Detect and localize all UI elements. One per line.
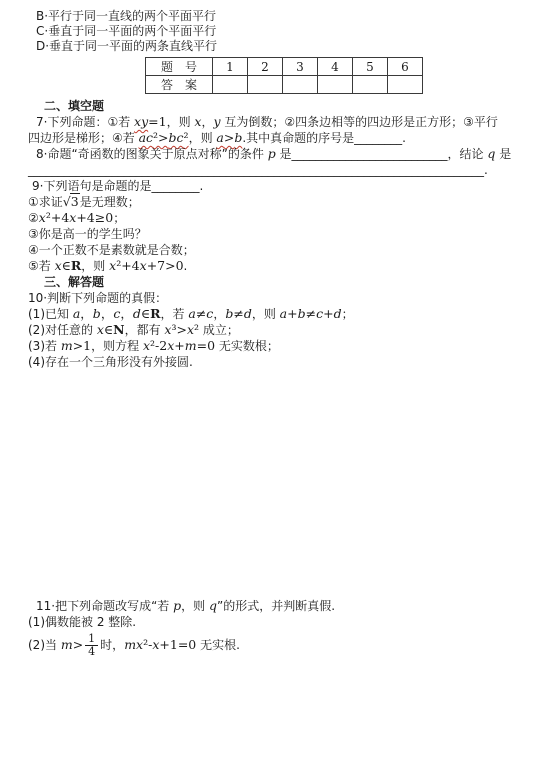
text-segment: ，则 xyxy=(189,131,217,145)
q9-item-3: ③你是高一的学生吗？ xyxy=(28,226,537,242)
formula-segment: a，b，c，d∈ xyxy=(73,306,150,321)
text-segment: (3)若 xyxy=(28,339,61,353)
text-segment: ④一个正数不是素数就是合数； xyxy=(28,243,195,257)
question-number-cell: 5 xyxy=(353,58,388,76)
q9-item-2: ②x²+4x+4≥0； xyxy=(28,210,537,226)
section-heading-fill-blanks: 二、填空题 xyxy=(28,98,537,114)
text-segment: 是无理数； xyxy=(80,195,140,209)
formula-segment: q xyxy=(209,598,217,613)
formula-segment: x³>x² xyxy=(164,322,199,337)
text-segment: . xyxy=(184,259,188,273)
formula-segment: y xyxy=(214,114,221,129)
text-segment: B·平行于同一直线的两个平面平行 xyxy=(36,9,216,23)
option-b: B·平行于同一直线的两个平面平行 xyxy=(28,9,537,24)
text-segment: ，则 xyxy=(81,259,109,273)
q9-line: 9·下列语句是命题的是________. xyxy=(28,178,537,194)
text-segment: 时， xyxy=(100,638,124,652)
formula-segment: =1 xyxy=(148,114,166,129)
text-segment: .其中真命题的序号是________. xyxy=(242,131,406,145)
text-segment: ； xyxy=(342,307,354,321)
answer-cell xyxy=(388,76,423,94)
option-d: D·垂直于同一平面的两条直线平行 xyxy=(28,39,537,54)
q10-item-3: (3)若 m>1，则方程 x²-2x+m=0 无实数根； xyxy=(28,338,537,354)
sqrt-argument: 3 xyxy=(70,193,80,209)
question-number-cell: 4 xyxy=(318,58,353,76)
q10-item-1: (1)已知 a，b，c，d∈R，若 a≠c，b≠d，则 a+b≠c+d； xyxy=(28,306,537,322)
questions-block: 二、填空题7·下列命题：①若 xy=1，则 x，y 互为倒数；②四条边相等的四边… xyxy=(28,98,537,660)
question-number-row: 题 号 123456 xyxy=(146,58,423,76)
question-number-cell: 6 xyxy=(388,58,423,76)
formula-segment: x²+4x+7>0 xyxy=(109,258,183,273)
q11-line: 11·把下列命题改写成“若 p，则 q”的形式，并判断真假. xyxy=(28,598,537,614)
answer-cell xyxy=(213,76,248,94)
formula-segment: a+b≠c+d xyxy=(280,306,342,321)
formula-segment: p xyxy=(173,598,181,613)
text-segment: ； xyxy=(113,211,125,225)
radical-sign-icon: √ xyxy=(63,194,70,209)
text-segment: ”的形式，并判断真假. xyxy=(217,599,335,613)
sqrt-expression: √3 xyxy=(63,193,80,209)
text-segment: (4)存在一个三角形没有外接圆. xyxy=(28,355,193,369)
text-segment: D·垂直于同一平面的两条直线平行 xyxy=(36,39,217,53)
text-segment: 四边形是梯形；④若 xyxy=(28,131,139,145)
formula-segment: m>1 xyxy=(61,338,91,353)
formula-segment: x∈ xyxy=(97,322,113,337)
text-segment: ，则 xyxy=(252,307,280,321)
math-set-symbol: R xyxy=(150,306,160,321)
q7-line-1: 7·下列命题：①若 xy=1，则 x，y 互为倒数；②四条边相等的四边形是正方形… xyxy=(28,114,537,130)
question-number-header: 题 号 xyxy=(146,58,213,76)
text-segment: ，则 xyxy=(167,115,195,129)
text-segment: ， xyxy=(201,115,213,129)
formula-segment: xy xyxy=(134,114,148,129)
fraction: 14 xyxy=(85,633,98,658)
math-set-symbol: R xyxy=(71,258,81,273)
text-segment: ________________________________________… xyxy=(28,163,488,177)
text-segment: ，都有 xyxy=(125,323,165,337)
text-segment: ，则 xyxy=(181,599,209,613)
text-segment: 8·命题“奇函数的图象关于原点对称”的条件 xyxy=(36,147,268,161)
formula-segment: x²-2x+m=0 xyxy=(143,338,215,353)
text-segment: 是 xyxy=(495,147,511,161)
section-heading-solutions: 三、解答题 xyxy=(28,274,537,290)
formula-segment: p xyxy=(268,146,276,161)
text-segment: ③你是高一的学生吗？ xyxy=(28,227,147,241)
text-segment: C·垂直于同一平面的两个平面平行 xyxy=(36,24,216,38)
text-segment: 11·把下列命题改写成“若 xyxy=(36,599,173,613)
text-segment: 无实数根； xyxy=(215,339,279,353)
formula-segment: a>b xyxy=(216,130,242,145)
question-number-cell: 1 xyxy=(213,58,248,76)
q8-line-2: ________________________________________… xyxy=(28,162,537,178)
text-segment: 成立； xyxy=(199,323,239,337)
text-segment: 是__________________________，结论 xyxy=(276,147,488,161)
answer-cell xyxy=(248,76,283,94)
text-segment: 9·下列语句是命题的是________. xyxy=(32,179,203,193)
q11-item-1: (1)偶数能被 2 整除. xyxy=(28,614,537,630)
q9-item-5: ⑤若 x∈R，则 x²+4x+7>0. xyxy=(28,258,537,274)
math-set-symbol: N xyxy=(113,322,124,337)
formula-segment: x²+4x+4≥0 xyxy=(39,210,113,225)
q9-item-4: ④一个正数不是素数就是合数； xyxy=(28,242,537,258)
text-segment: ，则方程 xyxy=(91,339,143,353)
text-segment: 二、填空题 xyxy=(44,99,104,113)
option-c: C·垂直于同一平面的两个平面平行 xyxy=(28,24,537,39)
text-segment: 三、解答题 xyxy=(44,275,104,289)
text-segment: (2)当 xyxy=(28,638,61,652)
formula-segment: ac²>bc² xyxy=(139,130,189,145)
formula-segment: x∈ xyxy=(55,258,71,273)
formula-segment: mx²-x+1=0 xyxy=(124,637,196,652)
text-segment: (2)对任意的 xyxy=(28,323,97,337)
question-number-cell: 2 xyxy=(248,58,283,76)
text-segment: 互为倒数；②四条边相等的四边形是正方形；③平行 xyxy=(221,115,498,129)
text-segment: ⑤若 xyxy=(28,259,55,273)
question-number-cell: 3 xyxy=(283,58,318,76)
answer-cell xyxy=(283,76,318,94)
q10-item-4: (4)存在一个三角形没有外接圆. xyxy=(28,354,537,370)
q11-item-2: (2)当 m>14时，mx²-x+1=0 无实根. xyxy=(28,630,537,660)
fraction-denominator: 4 xyxy=(85,646,98,658)
text-segment: 7·下列命题：①若 xyxy=(36,115,134,129)
answer-header: 答 案 xyxy=(146,76,213,94)
document-page: B·平行于同一直线的两个平面平行C·垂直于同一平面的两个平面平行D·垂直于同一平… xyxy=(0,0,551,660)
text-segment: (1)偶数能被 2 整除. xyxy=(28,615,136,629)
text-segment: 10·判断下列命题的真假： xyxy=(28,291,167,305)
q10-item-2: (2)对任意的 x∈N，都有 x³>x² 成立； xyxy=(28,322,537,338)
answer-cell xyxy=(318,76,353,94)
q8-line-1: 8·命题“奇函数的图象关于原点对称”的条件 p 是_______________… xyxy=(28,146,537,162)
text-segment: ，若 xyxy=(161,307,189,321)
q9-item-1: ①求证√3是无理数； xyxy=(28,194,537,210)
answer-cell xyxy=(353,76,388,94)
formula-segment: m> xyxy=(61,637,83,652)
blank-space xyxy=(28,370,537,598)
answer-row: 答 案 xyxy=(146,76,423,94)
formula-segment: a≠c xyxy=(188,306,213,321)
text-segment: ② xyxy=(28,211,39,225)
q7-line-2: 四边形是梯形；④若 ac²>bc²，则 a>b.其中真命题的序号是_______… xyxy=(28,130,537,146)
text-segment: ①求证 xyxy=(28,195,63,209)
q10-line: 10·判断下列命题的真假： xyxy=(28,290,537,306)
choice-options-block: B·平行于同一直线的两个平面平行C·垂直于同一平面的两个平面平行D·垂直于同一平… xyxy=(28,9,537,54)
text-segment: 无实根. xyxy=(196,638,240,652)
text-segment: (1)已知 xyxy=(28,307,73,321)
formula-segment: b≠d xyxy=(225,306,252,321)
answer-table: 题 号 123456 答 案 xyxy=(145,57,423,94)
text-segment: ， xyxy=(213,307,225,321)
